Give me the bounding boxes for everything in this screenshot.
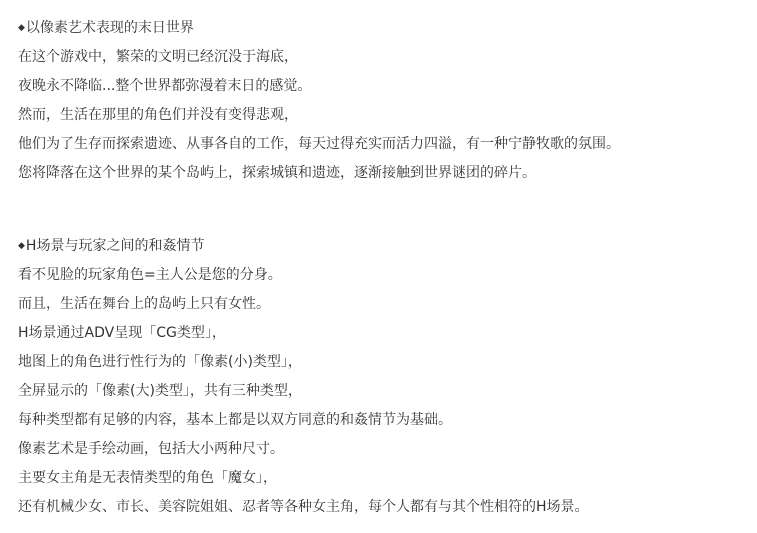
paragraph-line: 每种类型都有足够的内容，基本上都是以双方同意的和姦情节为基础。 (18, 406, 757, 435)
section-heading: ◆以像素艺术表现的末日世界 (18, 14, 757, 43)
section-h-scenes: ◆H场景与玩家之间的和姦情节 看不见脸的玩家角色=主人公是您的分身。 而且，生活… (18, 232, 757, 522)
paragraph-line: 而且，生活在舞台上的岛屿上只有女性。 (18, 290, 757, 319)
diamond-bullet-icon: ◆ (18, 241, 25, 251)
paragraph-line: 您将降落在这个世界的某个岛屿上，探索城镇和遗迹，逐渐接触到世界谜团的碎片。 (18, 159, 757, 188)
paragraph-line: 他们为了生存而探索遗迹、从事各自的工作，每天过得充实而活力四溢，有一种宁静牧歌的… (18, 130, 757, 159)
heading-text: H场景与玩家之间的和姦情节 (26, 238, 205, 254)
paragraph-line: H场景通过ADV呈现「CG类型」， (18, 319, 757, 348)
paragraph-line: 夜晚永不降临...整个世界都弥漫着末日的感觉。 (18, 72, 757, 101)
paragraph-line: 全屏显示的「像素(大)类型」，共有三种类型， (18, 377, 757, 406)
paragraph-line: 然而，生活在那里的角色们并没有变得悲观， (18, 101, 757, 130)
paragraph-line: 看不见脸的玩家角色=主人公是您的分身。 (18, 261, 757, 290)
paragraph-line: 地图上的角色进行性行为的「像素(小)类型」， (18, 348, 757, 377)
heading-text: 以像素艺术表现的末日世界 (26, 20, 194, 36)
diamond-bullet-icon: ◆ (18, 23, 25, 33)
paragraph-line: 还有机械少女、市长、美容院姐姐、忍者等各种女主角，每个人都有与其个性相符的H场景… (18, 493, 757, 522)
section-heading: ◆H场景与玩家之间的和姦情节 (18, 232, 757, 261)
section-pixel-art-world: ◆以像素艺术表现的末日世界 在这个游戏中，繁荣的文明已经沉没于海底， 夜晚永不降… (18, 14, 757, 188)
document-body: ◆以像素艺术表现的末日世界 在这个游戏中，繁荣的文明已经沉没于海底， 夜晚永不降… (0, 0, 757, 522)
paragraph-line: 像素艺术是手绘动画，包括大小两种尺寸。 (18, 435, 757, 464)
paragraph-line: 在这个游戏中，繁荣的文明已经沉没于海底， (18, 43, 757, 72)
paragraph-line: 主要女主角是无表情类型的角色「魔女」， (18, 464, 757, 493)
